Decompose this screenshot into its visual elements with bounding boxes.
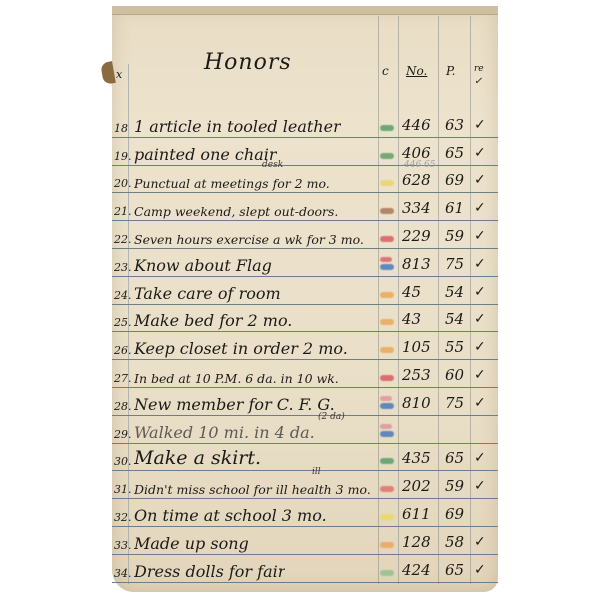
- points-column-header: P.: [446, 64, 455, 78]
- check-mark-icon: ✓: [474, 311, 486, 327]
- check-column-header: re: [474, 64, 484, 74]
- honor-points: 75: [445, 394, 473, 412]
- honor-row: 33.Made up song12858✓: [112, 527, 498, 555]
- row-number: 18: [114, 122, 128, 135]
- honor-points: 59: [445, 227, 473, 245]
- color-pencil-mark: [380, 180, 394, 186]
- color-pencil-mark: [380, 403, 394, 409]
- honor-number: 628: [402, 171, 442, 189]
- honor-points: 54: [445, 310, 473, 328]
- color-pencil-mark: [380, 292, 394, 298]
- color-pencil-mark: [380, 347, 394, 353]
- honor-text: On time at school 3 mo.: [134, 506, 327, 525]
- honor-row: 20.Punctual at meetings for 2 mo.62869✓: [112, 166, 498, 194]
- page-binding-edge: [112, 6, 498, 15]
- honor-row: 22.Seven hours exercise a wk for 3 mo.22…: [112, 221, 498, 249]
- row-number: 22.: [114, 233, 132, 246]
- row-number: 31.: [114, 483, 132, 496]
- row-number-header: x: [116, 68, 122, 81]
- color-pencil-mark: [380, 208, 394, 214]
- honor-points: 60: [445, 366, 473, 384]
- color-pencil-mark: [380, 375, 394, 381]
- honor-text: Keep closet in order 2 mo.: [134, 339, 348, 358]
- honor-points: 55: [445, 338, 473, 356]
- row-number: 34.: [114, 567, 132, 580]
- check-column-mark: ✓: [474, 76, 482, 87]
- honor-number: 105: [402, 338, 442, 356]
- honor-points: 58: [445, 533, 473, 551]
- color-pencil-mark: [380, 542, 394, 548]
- row-number: 25.: [114, 316, 132, 329]
- honor-number: 253: [402, 366, 442, 384]
- annotation-text: ill: [312, 467, 321, 477]
- honor-text: Make a skirt.: [134, 447, 261, 469]
- check-mark-icon: ✓: [474, 284, 486, 300]
- honor-points: 61: [445, 199, 473, 217]
- row-number: 19.: [114, 150, 132, 163]
- row-number: 33.: [114, 539, 132, 552]
- color-pencil-mark: [380, 236, 394, 242]
- check-mark-icon: ✓: [474, 450, 486, 466]
- row-number: 24.: [114, 289, 132, 302]
- honor-text: Know about Flag: [134, 256, 272, 275]
- honor-number: 229: [402, 227, 442, 245]
- honor-points: 63: [445, 116, 473, 134]
- honor-text: Didn't miss school for ill health 3 mo.: [134, 482, 371, 497]
- honor-row: 28.New member for C. F. G.81075✓: [112, 388, 498, 416]
- honor-number: 202: [402, 477, 442, 495]
- honor-text: Dress dolls for fair: [134, 562, 285, 581]
- honor-row: 21.Camp weekend, slept out-doors.33461✓: [112, 193, 498, 221]
- row-number: 20.: [114, 177, 132, 190]
- row-number: 21.: [114, 205, 132, 218]
- honor-points: 65: [445, 144, 473, 162]
- honor-points: 75: [445, 255, 473, 273]
- check-mark-icon: ✓: [474, 200, 486, 216]
- honor-row: 27.In bed at 10 P.M. 6 da. in 10 wk.2536…: [112, 360, 498, 388]
- honor-text: 1 article in tooled leather: [134, 117, 341, 136]
- check-mark-icon: ✓: [474, 117, 486, 133]
- honor-number: 813: [402, 255, 442, 273]
- honor-number: 810: [402, 394, 442, 412]
- annotation-text: (2 da): [318, 412, 345, 422]
- honor-points: 69: [445, 171, 473, 189]
- row-number: 27.: [114, 372, 132, 385]
- page-title: Honors: [204, 50, 292, 75]
- color-pencil-mark-secondary: [380, 396, 392, 401]
- honor-row: 31.Didn't miss school for ill health 3 m…: [112, 471, 498, 499]
- honor-row: 34.Dress dolls for fair42465✓: [112, 555, 498, 583]
- honor-points: 65: [445, 561, 473, 579]
- color-pencil-mark: [380, 319, 394, 325]
- honor-number: 435: [402, 449, 442, 467]
- honor-text: Made up song: [134, 534, 249, 553]
- color-pencil-mark: [380, 153, 394, 159]
- honor-text: Make bed for 2 mo.: [134, 311, 292, 330]
- color-pencil-mark: [380, 125, 394, 131]
- notebook-page: x Honors c No. P. re ✓ 181 article in to…: [112, 6, 498, 592]
- honor-number: 446: [402, 116, 442, 134]
- number-column-header: No.: [406, 64, 427, 78]
- color-pencil-mark: [380, 486, 394, 492]
- color-pencil-mark: [380, 514, 394, 520]
- check-mark-icon: ✓: [474, 395, 486, 411]
- honor-row: 23.Know about Flag81375✓: [112, 249, 498, 277]
- honor-row: 29.Walked 10 mi. in 4 da.(2 da): [112, 416, 498, 444]
- honor-number: 611: [402, 505, 442, 523]
- color-pencil-mark-secondary: [380, 424, 392, 429]
- check-mark-icon: ✓: [474, 367, 486, 383]
- check-mark-icon: ✓: [474, 478, 486, 494]
- check-mark-icon: ✓: [474, 145, 486, 161]
- row-number: 32.: [114, 511, 132, 524]
- color-pencil-mark: [380, 264, 394, 270]
- color-pencil-mark-secondary: [380, 257, 392, 262]
- honor-row: 25.Make bed for 2 mo.4354✓: [112, 305, 498, 333]
- row-number: 29.: [114, 428, 132, 441]
- row-number: 26.: [114, 344, 132, 357]
- row-number: 23.: [114, 261, 132, 274]
- honor-number: 45: [402, 283, 442, 301]
- color-column-header: c: [382, 64, 389, 78]
- honor-row: 26.Keep closet in order 2 mo.10555✓: [112, 332, 498, 360]
- honor-points: 59: [445, 477, 473, 495]
- honor-text: painted one chair: [134, 145, 277, 164]
- honor-points: 54: [445, 283, 473, 301]
- check-mark-icon: ✓: [474, 339, 486, 355]
- check-mark-icon: ✓: [474, 172, 486, 188]
- honor-text: Camp weekend, slept out-doors.: [134, 204, 338, 219]
- honor-points: 65: [445, 449, 473, 467]
- honor-number: 43: [402, 310, 442, 328]
- honor-points: 69: [445, 505, 473, 523]
- color-pencil-mark: [380, 570, 394, 576]
- color-pencil-mark: [380, 458, 394, 464]
- honor-number: 128: [402, 533, 442, 551]
- honor-row: 32.On time at school 3 mo.61169: [112, 499, 498, 527]
- honor-row: 24.Take care of room4554✓: [112, 277, 498, 305]
- check-mark-icon: ✓: [474, 228, 486, 244]
- check-mark-icon: ✓: [474, 534, 486, 550]
- row-number: 30.: [114, 455, 132, 468]
- honor-text: In bed at 10 P.M. 6 da. in 10 wk.: [134, 371, 339, 386]
- row-number: 28.: [114, 400, 132, 413]
- honor-number: 424: [402, 561, 442, 579]
- honor-row: 30.Make a skirt.43565✓: [112, 444, 498, 472]
- honor-text: Seven hours exercise a wk for 3 mo.: [134, 232, 364, 247]
- honor-row: 19.painted one chair40665✓desk446 65: [112, 138, 498, 166]
- honor-text: New member for C. F. G.: [134, 395, 335, 414]
- honors-list: 181 article in tooled leather44663✓19.pa…: [112, 110, 498, 583]
- check-mark-icon: ✓: [474, 256, 486, 272]
- honor-text: Punctual at meetings for 2 mo.: [134, 176, 330, 191]
- honor-text: Walked 10 mi. in 4 da.: [134, 423, 315, 442]
- torn-tab: [100, 61, 116, 85]
- honor-number: 334: [402, 199, 442, 217]
- color-pencil-mark: [380, 431, 394, 437]
- honor-text: Take care of room: [134, 284, 281, 303]
- honor-row: 181 article in tooled leather44663✓: [112, 110, 498, 138]
- check-mark-icon: ✓: [474, 562, 486, 578]
